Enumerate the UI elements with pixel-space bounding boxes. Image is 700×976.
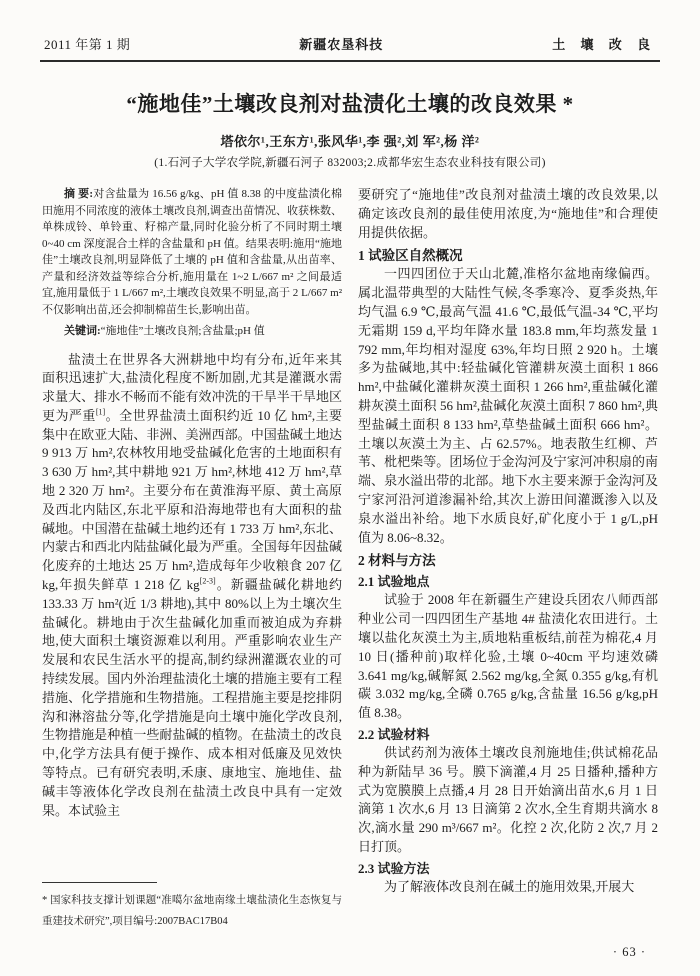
subsection-heading-2-3: 2.3 试验方法 xyxy=(358,858,658,877)
abstract-paragraph: 摘 要:对含盐量为 16.56 g/kg、pH 值 8.38 的中度盐渍化棉田施… xyxy=(42,186,342,318)
author-line: 塔依尔¹,王东方¹,张风华¹,李 强²,刘 军²,杨 洋² xyxy=(0,131,700,150)
journal-page: 2011 年第 1 期 新疆农垦科技 土 壤 改 良 “施地佳”土壤改良剂对盐渍… xyxy=(0,0,700,976)
citation-ref-2: [2-3] xyxy=(200,577,216,586)
keywords-label: 关键词: xyxy=(64,325,101,337)
section-heading-2: 2 材料与方法 xyxy=(358,549,658,569)
right-column: 要研究了“施地佳”改良剂对盐渍土壤的改良效果,以确定该改良剂的最佳使用浓度,为“… xyxy=(358,186,658,944)
intro-continued-paragraph: 要研究了“施地佳”改良剂对盐渍土壤的改良效果,以确定该改良剂的最佳使用浓度,为“… xyxy=(358,186,658,242)
two-column-body: 摘 要:对含盐量为 16.56 g/kg、pH 值 8.38 的中度盐渍化棉田施… xyxy=(0,186,700,944)
article-title: “施地佳”土壤改良剂对盐渍化土壤的改良效果 * xyxy=(30,88,670,118)
left-column: 摘 要:对含盐量为 16.56 g/kg、pH 值 8.38 的中度盐渍化棉田施… xyxy=(42,186,342,944)
footnote-body: 国家科技支撑计划课题“准噶尔盆地南缘土壤盐渍化生态恢复与重建技术研究”,项目编号… xyxy=(42,895,342,927)
footnote-text: * 国家科技支撑计划课题“准噶尔盆地南缘土壤盐渍化生态恢复与重建技术研究”,项目… xyxy=(42,890,342,932)
abstract-label: 摘 要: xyxy=(64,188,93,200)
keywords-text: “施地佳”土壤改良剂;含盐量;pH 值 xyxy=(101,325,265,337)
footnote-block: * 国家科技支撑计划课题“准噶尔盆地南缘土壤盐渍化生态恢复与重建技术研究”,项目… xyxy=(42,882,342,944)
page-number: · 63 · xyxy=(613,945,646,960)
intro-text-2: 。全世界盐渍土面积约近 10 亿 hm²,主要集中在欧亚大陆、非洲、美洲西部。中… xyxy=(42,408,342,592)
footnote-rule xyxy=(42,882,157,883)
subsection-heading-2-2: 2.2 试验材料 xyxy=(358,724,658,743)
issue-label: 2011 年第 1 期 xyxy=(44,34,130,53)
affiliation-line: (1.石河子大学农学院,新疆石河子 832003;2.成都华宏生态农业科技有限公… xyxy=(0,154,700,170)
intro-paragraph: 盐渍土在世界各大洲耕地中均有分布,近年来其面积迅速扩大,盐渍化程度不断加剧,尤其… xyxy=(42,351,342,821)
subsection-2-1-paragraph: 试验于 2008 年在新疆生产建设兵团农八师西部种业公司一四四团生产基地 4# … xyxy=(358,591,658,723)
running-head: 2011 年第 1 期 新疆农垦科技 土 壤 改 良 xyxy=(0,0,700,53)
subsection-2-2-paragraph: 供试药剂为液体土壤改良剂施地佳;供试棉花品种为新陆早 36 号。膜下滴灌,4 月… xyxy=(358,744,658,857)
subsection-heading-2-1: 2.1 试验地点 xyxy=(358,571,658,590)
header-rule xyxy=(40,60,660,62)
column-label: 土 壤 改 良 xyxy=(552,34,656,53)
section-heading-1: 1 试验区自然概况 xyxy=(358,244,658,264)
section-1-paragraph: 一四四团位于天山北麓,准格尔盆地南缘偏西。属北温带典型的大陆性气候,冬季寒冷、夏… xyxy=(358,265,658,547)
abstract-text: 对含盐量为 16.56 g/kg、pH 值 8.38 的中度盐渍化棉田施用不同浓… xyxy=(42,188,342,316)
keywords-line: 关键词:“施地佳”土壤改良剂;含盐量;pH 值 xyxy=(42,323,342,340)
journal-name: 新疆农垦科技 xyxy=(299,34,383,53)
citation-ref-1: [1] xyxy=(96,408,105,417)
intro-text-3: 。新疆盐碱化耕地约 133.33 万 hm²(近 1/3 耕地),其中 80%以… xyxy=(42,577,342,818)
subsection-2-3-paragraph: 为了解液体改良剂在碱土的施用效果,开展大 xyxy=(358,878,658,897)
